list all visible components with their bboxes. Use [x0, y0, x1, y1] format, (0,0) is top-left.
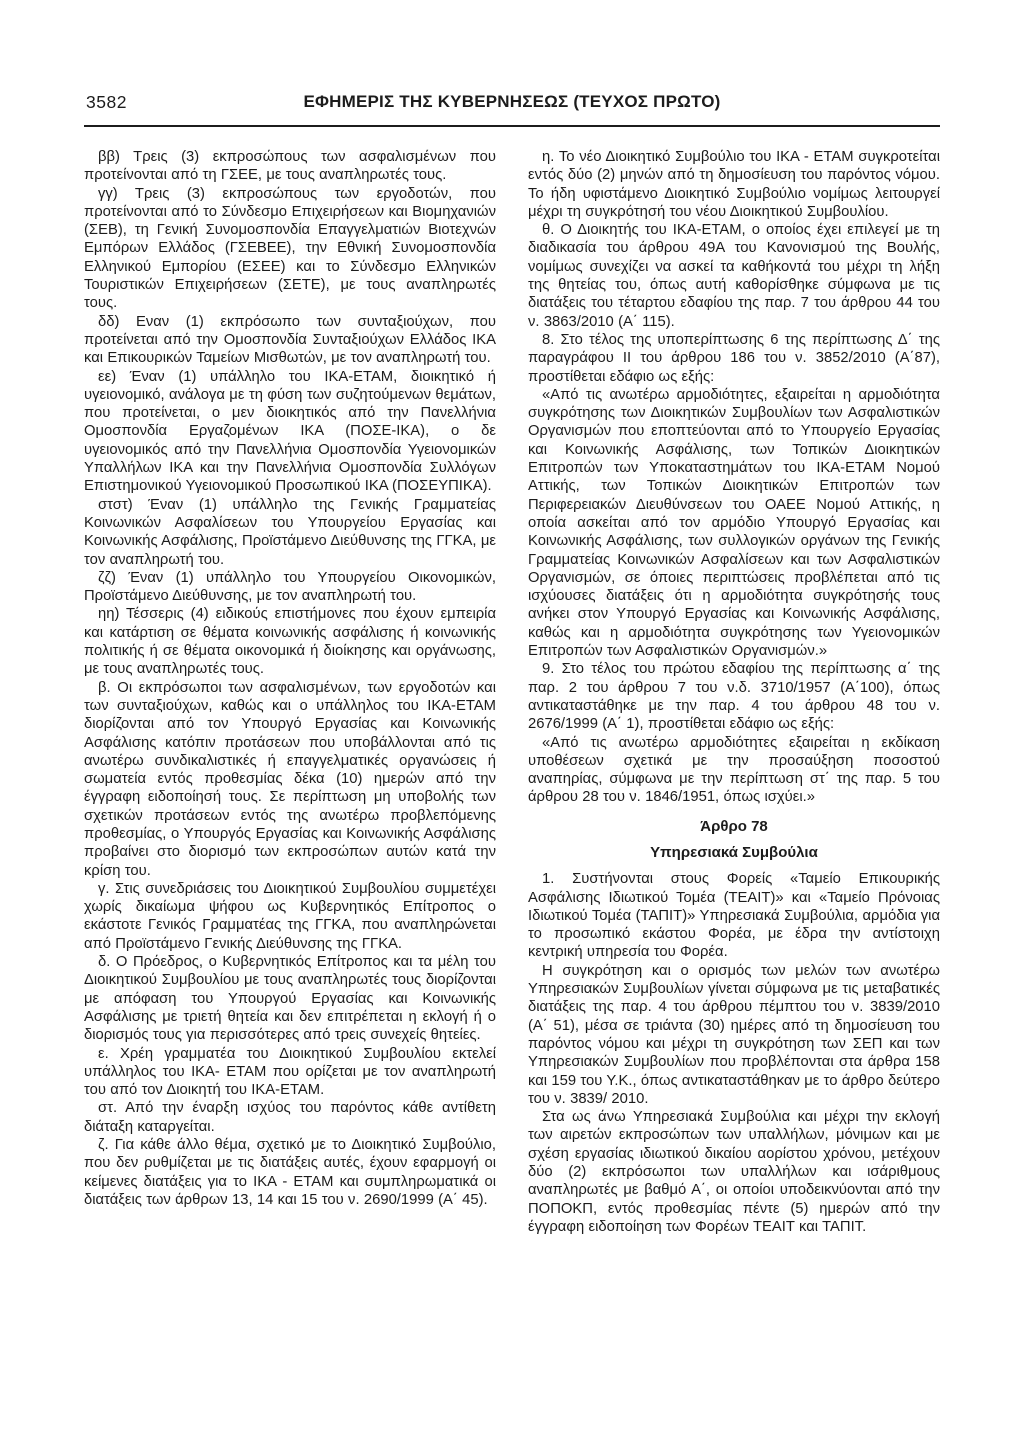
paragraph: «Από τις ανωτέρω αρμοδιότητες εξαιρείται…: [528, 734, 940, 807]
paragraph: ββ) Τρεις (3) εκπροσώπους των ασφαλισμέν…: [84, 148, 496, 185]
paragraph: γγ) Τρεις (3) εκπροσώπους των εργοδοτών,…: [84, 185, 496, 313]
paragraph: στστ) Έναν (1) υπάλληλο της Γενικής Γραμ…: [84, 496, 496, 569]
paragraph: β. Οι εκπρόσωποι των ασφαλισμένων, των ε…: [84, 679, 496, 880]
paragraph: στ. Από την έναρξη ισχύος του παρόντος κ…: [84, 1099, 496, 1136]
gazette-page: 3582 ΕΦΗΜΕΡΙΣ ΤΗΣ ΚΥΒΕΡΝΗΣΕΩΣ (ΤΕΥΧΟΣ ΠΡ…: [0, 0, 1024, 1448]
page-header: 3582 ΕΦΗΜΕΡΙΣ ΤΗΣ ΚΥΒΕΡΝΗΣΕΩΣ (ΤΕΥΧΟΣ ΠΡ…: [84, 92, 940, 116]
paragraph: ε. Χρέη γραμματέα του Διοικητικού Συμβου…: [84, 1045, 496, 1100]
left-column: ββ) Τρεις (3) εκπροσώπους των ασφαλισμέν…: [84, 148, 496, 1236]
paragraph: δδ) Εναν (1) εκπρόσωπο των συνταξιούχων,…: [84, 313, 496, 368]
paragraph: Η συγκρότηση και ο ορισμός των μελών των…: [528, 962, 940, 1108]
paragraph: θ. Ο Διοικητής του ΙΚΑ-ΕΤΑΜ, ο οποίος έχ…: [528, 221, 940, 331]
paragraph: «Από τις ανωτέρω αρμοδιότητες, εξαιρείτα…: [528, 386, 940, 660]
paragraph: ζζ) Έναν (1) υπάλληλο του Υπουργείου Οικ…: [84, 569, 496, 606]
paragraph: Στα ως άνω Υπηρεσιακά Συμβούλια και μέχρ…: [528, 1108, 940, 1236]
paragraph: ηη) Τέσσερις (4) ειδικούς επιστήμονες πο…: [84, 605, 496, 678]
paragraph: ζ. Για κάθε άλλο θέμα, σχετικό με το Διο…: [84, 1136, 496, 1209]
header-rule: [84, 125, 940, 127]
header-title: ΕΦΗΜΕΡΙΣ ΤΗΣ ΚΥΒΕΡΝΗΣΕΩΣ (ΤΕΥΧΟΣ ΠΡΩΤΟ): [84, 92, 940, 112]
paragraph: η. Το νέο Διοικητικό Συμβούλιο του ΙΚΑ -…: [528, 148, 940, 221]
page-number: 3582: [86, 92, 127, 113]
paragraph: 8. Στο τέλος της υποπερίπτωσης 6 της περ…: [528, 331, 940, 386]
paragraph: 1. Συστήνονται στους Φορείς «Ταμείο Επικ…: [528, 870, 940, 961]
paragraph: γ. Στις συνεδριάσεις του Διοικητικού Συμ…: [84, 880, 496, 953]
paragraph: εε) Έναν (1) υπάλληλο του ΙΚΑ-ΕΤΑΜ, διοι…: [84, 368, 496, 496]
article-heading: Υπηρεσιακά Συμβούλια: [528, 844, 940, 862]
paragraph: 9. Στο τέλος του πρώτου εδαφίου της περί…: [528, 660, 940, 733]
right-column: η. Το νέο Διοικητικό Συμβούλιο του ΙΚΑ -…: [528, 148, 940, 1236]
page-body: ββ) Τρεις (3) εκπροσώπους των ασφαλισμέν…: [84, 148, 940, 1236]
article-heading: Άρθρο 78: [528, 818, 940, 836]
paragraph: δ. Ο Πρόεδρος, ο Κυβερνητικός Επίτροπος …: [84, 953, 496, 1044]
